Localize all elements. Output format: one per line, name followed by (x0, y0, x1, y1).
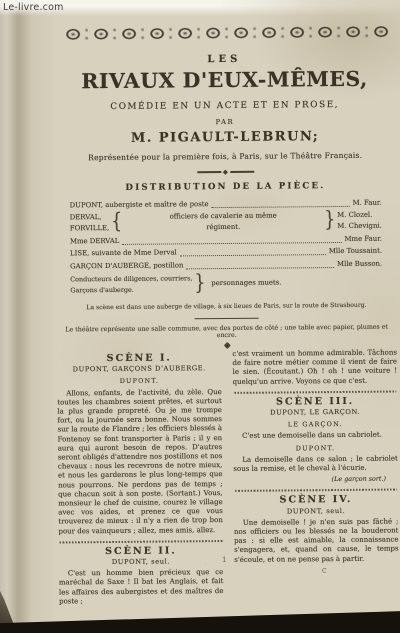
stage-direction-note: Le théâtre représente une salle commune,… (57, 324, 397, 341)
scene-heading: SCÈNE II. (59, 546, 224, 557)
book-edge-shadow (0, 591, 14, 625)
mute-label: personnages muets. (211, 278, 281, 289)
scene-heading: SCÈNE I. (57, 353, 222, 364)
speech-paragraph: Allons, enfants, de l'activité, du zèle.… (57, 388, 223, 537)
scene-divider (235, 489, 398, 492)
cast-role: DUPONT, aubergiste et maître de poste (70, 198, 209, 212)
right-column: c'est vraiment un homme admirable. Tâcho… (232, 349, 399, 608)
speech-paragraph: Une demoiselle ! je n'en suis pas fâché … (234, 517, 399, 564)
cast-role: LISE, suivante de Mme Derval (70, 246, 177, 259)
divider-bar (197, 171, 221, 172)
cast-role: DERVAL, (70, 212, 110, 224)
page-title: RIVAUX D'EUX-MÊMES, (54, 67, 394, 94)
scene-heading: SCÈNE III. (233, 396, 398, 407)
mute-roles: Conducteurs de diligences, courriers, Ga… (70, 273, 192, 295)
cast-actor: M. Faur. (353, 197, 382, 210)
cast-actor: M. Clozel. (337, 209, 382, 221)
cast-actor: Mlle Busson. (337, 257, 382, 270)
watermark: Le-livre.com (3, 2, 64, 13)
cast-group-actors: M. Clozel. M. Chevigni. (337, 209, 382, 232)
author-name: M. PIGAULT-LEBRUN; (55, 129, 395, 147)
scene-cast-line: DUPONT, seul. (234, 506, 399, 517)
cast-row: GARÇON D'AUBERGE, postillon Mlle Busson. (70, 257, 382, 272)
cast-actor: M. Chevigni. (337, 221, 382, 233)
byline-par: PAR (55, 117, 395, 128)
subtitle: COMÉDIE EN UN ACTE ET EN PROSE, (55, 100, 395, 113)
cast-group-description: officiers de cavalerie au même régiment. (124, 210, 323, 235)
left-column: SCÈNE I. DUPONT, GARÇONS D'AUBERGE. DUPO… (57, 350, 224, 609)
scene-setting-note: La scène est dans une auberge de village… (56, 302, 396, 312)
scan-bottom-edge (0, 607, 400, 633)
ornament-band (60, 21, 390, 46)
signature-mark: 1 (222, 556, 226, 564)
cast-group-roles: DERVAL, FORVILLE, (70, 212, 110, 235)
dotted-leader (186, 267, 334, 269)
ink-speck: · (205, 561, 207, 567)
divider-bar (230, 171, 254, 172)
cast-group-mutes: Conducteurs de diligences, courriers, Ga… (70, 272, 382, 296)
continuation-paragraph: c'est vraiment un homme admirable. Tâcho… (232, 349, 397, 387)
scene-cast-line: DUPONT, GARÇONS D'AUBERGE. (57, 364, 222, 375)
cast-actor: Mlle Toussaint. (329, 245, 382, 258)
speaker-name: DUPONT. (233, 443, 398, 454)
book-page: LES RIVAUX D'EUX-MÊMES, COMÉDIE EN UN AC… (54, 19, 399, 609)
divider-ornament: ◆ (55, 168, 395, 177)
cast-group-officers: DERVAL, FORVILLE, { officiers de cavaler… (70, 209, 382, 235)
text-columns: SCÈNE I. DUPONT, GARÇONS D'AUBERGE. DUPO… (57, 349, 399, 609)
distribution-heading: DISTRIBUTION DE LA PIÈCE. (55, 181, 395, 194)
brace-close: } (324, 214, 335, 228)
diamond-icon: ◆ (223, 169, 228, 175)
stage-direction: (Le garçon sort.) (233, 475, 398, 486)
speech-paragraph: C'est une demoiselle dans un cabriolet. (233, 431, 398, 442)
horizontal-rule (195, 318, 259, 320)
cast-role: Mme DERVAL (70, 234, 120, 247)
brace-open: { (111, 216, 122, 230)
catchword-mark: C (322, 568, 327, 575)
premiere-note: Représentée pour la première fois, à Par… (55, 151, 395, 163)
scene-cast-line: DUPONT, seul. (59, 557, 224, 568)
scene-heading: SCÈNE IV. (234, 495, 399, 506)
cast-list: DUPONT, aubergiste et maître de poste M.… (70, 197, 383, 296)
cast-actor: Mme Faur. (344, 232, 382, 245)
scene-cast-line: DUPONT, LE GARÇON. (233, 408, 398, 419)
speech-paragraph: C'est un homme bien précieux que ce maré… (59, 568, 224, 606)
title-article: LES (54, 53, 394, 67)
cast-role: GARÇON D'AUBERGE, postillon (70, 259, 183, 272)
dotted-leader (122, 241, 341, 244)
speaker-name: LE GARÇON. (233, 420, 398, 431)
scene-divider (60, 540, 223, 543)
cast-role: FORVILLE, (70, 223, 110, 235)
scene-divider (234, 390, 397, 393)
brace-close: } (194, 277, 205, 290)
speech-paragraph: La demoiselle dans ce salon ; le cabriol… (233, 454, 398, 474)
dotted-leader (180, 254, 326, 256)
speaker-name: DUPONT. (57, 376, 222, 387)
